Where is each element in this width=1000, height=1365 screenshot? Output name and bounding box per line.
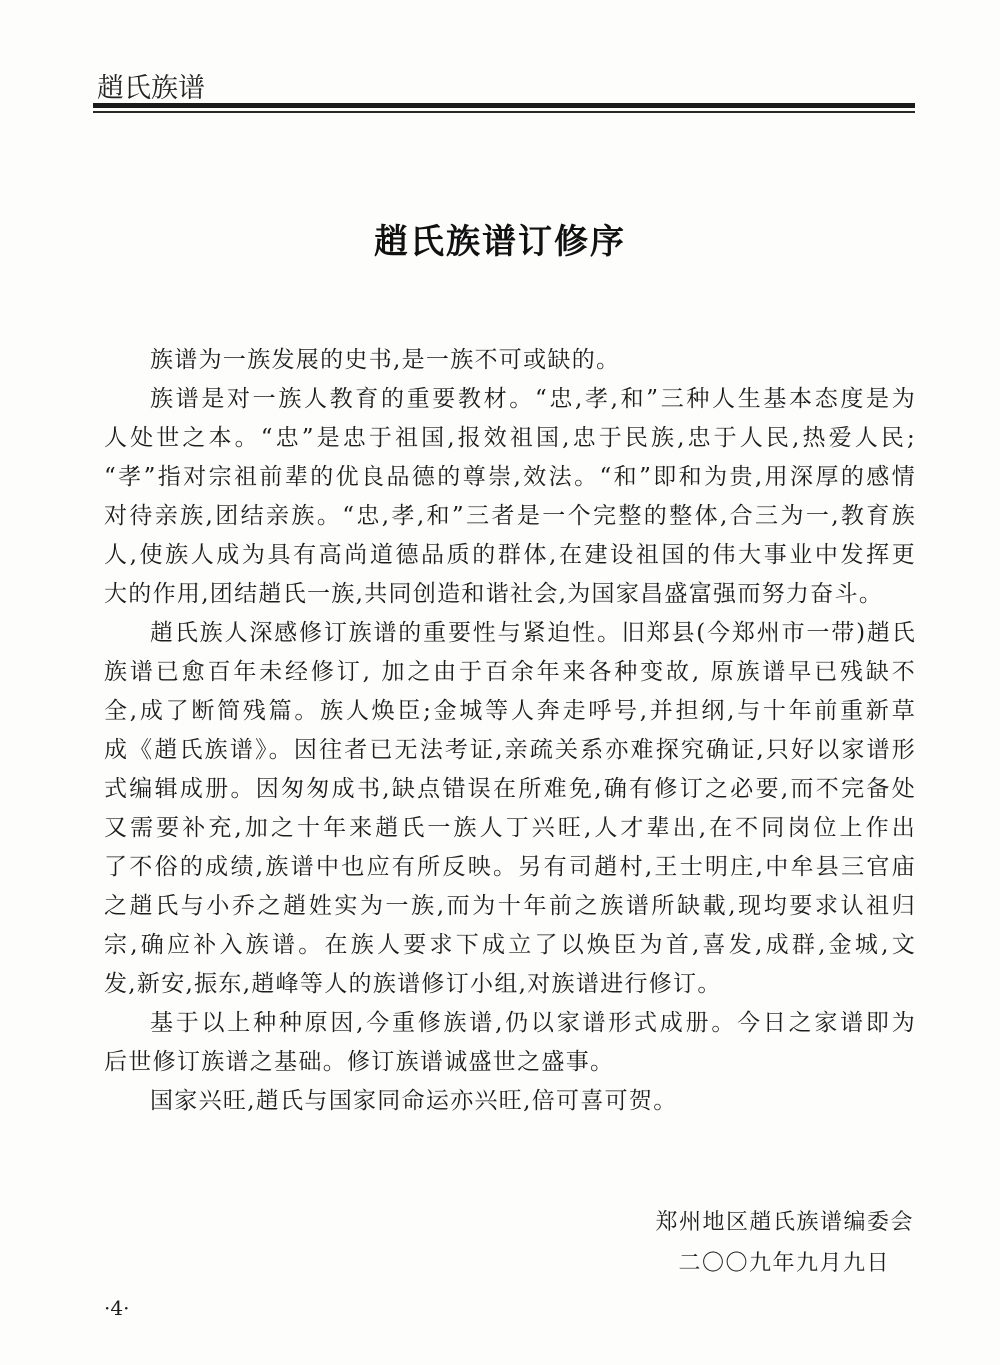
text-line: 宗,确应补入族谱。在族人要求下成立了以焕臣为首,喜发,成群,金城,文: [104, 926, 916, 965]
text-line: 族谱为一族发展的史书,是一族不可或缺的。: [104, 341, 916, 380]
text-line: 全,成了断简残篇。族人焕臣;金城等人奔走呼号,并担纲,与十年前重新草: [104, 692, 916, 731]
body-text: 族谱为一族发展的史书,是一族不可或缺的。族谱是对一族人教育的重要教材。“忠,孝,…: [104, 341, 916, 1121]
header-rule-thick: [93, 103, 915, 108]
text-line: 式编辑成册。因匆匆成书,缺点错误在所难免,确有修订之必要,而不完备处: [104, 770, 916, 809]
date: 二〇〇九年九月九日: [678, 1246, 890, 1277]
document-title: 趙氏族谱订修序: [0, 214, 1000, 263]
text-line: 后世修订族谱之基础。修订族谱诚盛世之盛事。: [104, 1043, 916, 1082]
text-line: 对待亲族,团结亲族。“忠,孝,和”三者是一个完整的整体,合三为一,教育族: [104, 497, 916, 536]
text-line: “孝”指对宗祖前辈的优良品德的尊崇,效法。“和”即和为贵,用深厚的感情: [104, 458, 916, 497]
text-line: 成《趙氏族谱》。因往者已无法考证,亲疏关系亦难探究确证,只好以家谱形: [104, 731, 916, 770]
signature: 郑州地区趙氏族谱编委会: [655, 1205, 914, 1236]
text-line: 发,新安,振东,趙峰等人的族谱修订小组,对族谱进行修订。: [104, 965, 916, 1004]
text-line: 了不俗的成绩,族谱中也应有所反映。另有司趙村,王士明庄,中牟县三官庙: [104, 848, 916, 887]
text-line: 大的作用,团结趙氏一族,共同创造和谐社会,为国家昌盛富强而努力奋斗。: [104, 575, 916, 614]
text-line: 族谱已愈百年未经修订, 加之由于百余年来各种变故, 原族谱早已残缺不: [104, 653, 916, 692]
text-line: 族谱是对一族人教育的重要教材。“忠,孝,和”三种人生基本态度是为: [104, 380, 916, 419]
text-line: 趙氏族人深感修订族谱的重要性与紧迫性。旧郑县(今郑州市一带)趙氏: [104, 614, 916, 653]
text-line: 人,使族人成为具有高尚道德品质的群体,在建设祖国的伟大事业中发挥更: [104, 536, 916, 575]
page-number: ·4·: [104, 1296, 129, 1320]
text-line: 又需要补充,加之十年来趙氏一族人丁兴旺,人才辈出,在不同岗位上作出: [104, 809, 916, 848]
text-line: 基于以上种种原因,今重修族谱,仍以家谱形式成册。今日之家谱即为: [104, 1004, 916, 1043]
text-line: 之趙氏与小乔之趙姓实为一族,而为十年前之族谱所缺載,现均要求认祖归: [104, 887, 916, 926]
text-line: 国家兴旺,趙氏与国家同命运亦兴旺,倍可喜可贺。: [104, 1082, 916, 1121]
running-head: 趙氏族谱: [97, 66, 205, 105]
header-rule-thin: [93, 111, 915, 113]
text-line: 人处世之本。“忠”是忠于祖国,报效祖国,忠于民族,忠于人民,热爱人民;: [104, 419, 916, 458]
